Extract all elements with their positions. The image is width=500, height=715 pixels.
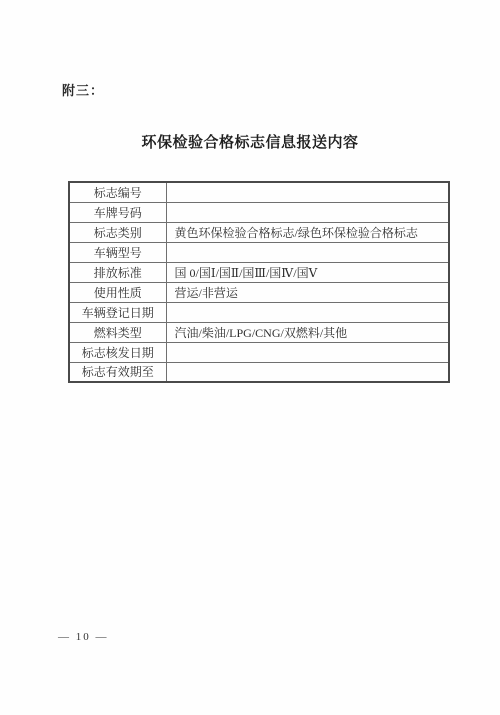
table-row: 车牌号码 <box>69 202 449 222</box>
row-label: 标志核发日期 <box>69 342 166 362</box>
report-table: 标志编号车牌号码标志类别黄色环保检验合格标志/绿色环保检验合格标志车辆型号排放标… <box>68 181 450 383</box>
row-label: 车牌号码 <box>69 202 166 222</box>
table-row: 车辆型号 <box>69 242 449 262</box>
attachment-label: 附三： <box>62 80 104 99</box>
row-value <box>166 302 449 322</box>
row-value: 黄色环保检验合格标志/绿色环保检验合格标志 <box>166 222 449 242</box>
row-value <box>166 202 449 222</box>
row-label: 标志编号 <box>69 182 166 202</box>
row-value: 汽油/柴油/LPG/CNG/双燃料/其他 <box>166 322 449 342</box>
row-label: 车辆登记日期 <box>69 302 166 322</box>
row-value: 营运/非营运 <box>166 282 449 302</box>
row-value <box>166 362 449 382</box>
document-title: 环保检验合格标志信息报送内容 <box>0 131 500 152</box>
table-row: 标志核发日期 <box>69 342 449 362</box>
row-label: 燃料类型 <box>69 322 166 342</box>
table-row: 使用性质营运/非营运 <box>69 282 449 302</box>
row-label: 车辆型号 <box>69 242 166 262</box>
row-value: 国 0/国Ⅰ/国Ⅱ/国Ⅲ/国Ⅳ/国Ⅴ <box>166 262 449 282</box>
row-value <box>166 342 449 362</box>
table-row: 标志类别黄色环保检验合格标志/绿色环保检验合格标志 <box>69 222 449 242</box>
table-row: 标志有效期至 <box>69 362 449 382</box>
page-number: — 10 — <box>58 631 109 643</box>
table-row: 排放标准国 0/国Ⅰ/国Ⅱ/国Ⅲ/国Ⅳ/国Ⅴ <box>69 262 449 282</box>
scanned-document-page: 附三： 环保检验合格标志信息报送内容 标志编号车牌号码标志类别黄色环保检验合格标… <box>0 0 500 715</box>
row-value <box>166 182 449 202</box>
row-label: 标志类别 <box>69 222 166 242</box>
row-label: 标志有效期至 <box>69 362 166 382</box>
row-value <box>166 242 449 262</box>
table-row: 燃料类型汽油/柴油/LPG/CNG/双燃料/其他 <box>69 322 449 342</box>
row-label: 排放标准 <box>69 262 166 282</box>
row-label: 使用性质 <box>69 282 166 302</box>
table-row: 标志编号 <box>69 182 449 202</box>
report-table-body: 标志编号车牌号码标志类别黄色环保检验合格标志/绿色环保检验合格标志车辆型号排放标… <box>69 182 449 382</box>
table-row: 车辆登记日期 <box>69 302 449 322</box>
